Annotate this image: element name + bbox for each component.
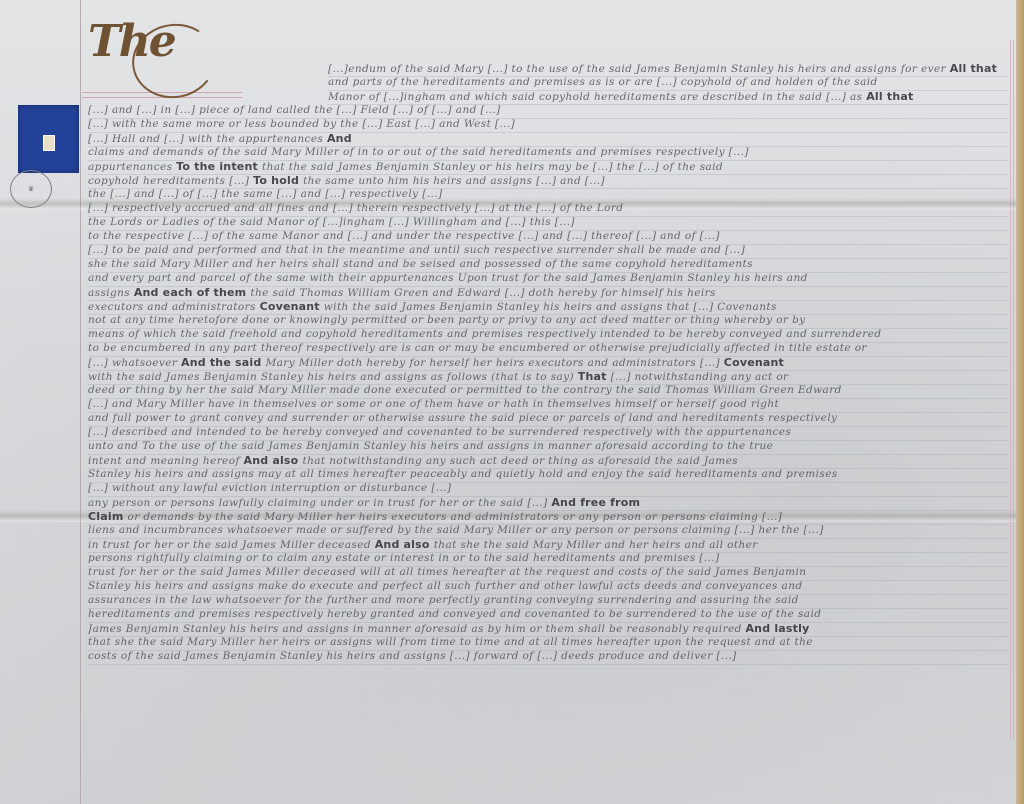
- line-text: in trust for her or the said James Mille…: [88, 539, 375, 551]
- text-line: the Lords or Ladies of the said Manor of…: [88, 216, 1008, 231]
- wax-seal-icon: [18, 105, 79, 173]
- text-line: [...] respectively accrued and all fines…: [88, 202, 1008, 217]
- initial-word: The: [88, 16, 175, 67]
- line-text: not at any time heretofore done or knowi…: [88, 314, 806, 326]
- text-line: the [...] and [...] of [...] the same [.…: [88, 188, 1008, 203]
- line-text: intent and meaning hereof: [88, 455, 243, 467]
- text-line: James Benjamin Stanley his heirs and ass…: [88, 622, 1008, 637]
- line-text: assurances in the law whatsoever for the…: [88, 594, 799, 606]
- text-line: copyhold hereditaments [...] To hold the…: [88, 174, 1008, 189]
- line-text: that she the said Mary Miller and her he…: [434, 539, 758, 551]
- engrossed-heading: And the said: [181, 356, 265, 369]
- text-line: intent and meaning hereof And also that …: [88, 454, 1008, 469]
- text-line: [...] to be paid and performed and that …: [88, 244, 1008, 259]
- text-line: [...]endum of the said Mary [...] to the…: [328, 62, 1008, 77]
- line-text: and full power to grant convey and surre…: [88, 412, 837, 424]
- engrossed-heading: To the intent: [176, 160, 262, 173]
- engrossed-heading: All that: [950, 62, 997, 75]
- engrossed-heading: And also: [243, 454, 302, 467]
- engrossed-heading: And also: [375, 538, 434, 551]
- line-text: [...] described and intended to be hereb…: [88, 426, 791, 438]
- engrossed-heading: Covenant: [260, 300, 324, 313]
- text-line: means of which the said freehold and cop…: [88, 328, 1008, 343]
- text-line: Stanley his heirs and assigns may at all…: [88, 468, 1008, 483]
- line-text: liens and incumbrances whatsoever made o…: [88, 524, 824, 536]
- text-line: [...] without any lawful eviction interr…: [88, 482, 1008, 497]
- text-line: not at any time heretofore done or knowi…: [88, 314, 1008, 329]
- line-text: Stanley his heirs and assigns make do ex…: [88, 580, 803, 592]
- document-page: The ♛ [...]endum of the said Mary [...] …: [0, 0, 1024, 804]
- frame-edge: [1016, 0, 1024, 804]
- engrossed-heading: And: [327, 132, 352, 145]
- engrossed-heading: And each of them: [134, 286, 251, 299]
- engrossed-heading: All that: [866, 90, 913, 103]
- line-text: she the said Mary Miller and her heirs s…: [88, 258, 753, 270]
- line-text: [...] Hall and [...] with the appurtenan…: [88, 133, 327, 145]
- engrossed-heading: To hold: [253, 174, 303, 187]
- text-line: costs of the said James Benjamin Stanley…: [88, 650, 1008, 665]
- line-text: that she the said Mary Miller her heirs …: [88, 636, 813, 648]
- text-line: Manor of [...]ingham and which said copy…: [328, 90, 1008, 105]
- line-text: [...] respectively accrued and all fines…: [88, 202, 623, 214]
- line-text: [...] whatsoever: [88, 357, 181, 369]
- line-text: [...] with the same more or less bounded…: [88, 118, 515, 130]
- line-text: and every part and parcel of the same wi…: [88, 272, 808, 284]
- line-text: Manor of [...]ingham and which said copy…: [328, 91, 866, 103]
- engrossed-heading: Covenant: [724, 356, 784, 369]
- text-line: and every part and parcel of the same wi…: [88, 272, 1008, 287]
- line-text: with the said James Benjamin Stanley his…: [88, 371, 578, 383]
- line-text: means of which the said freehold and cop…: [88, 328, 881, 340]
- text-line: assurances in the law whatsoever for the…: [88, 594, 1008, 609]
- line-text: appurtenances: [88, 161, 176, 173]
- line-text: [...] to be paid and performed and that …: [88, 244, 745, 256]
- line-text: any person or persons lawfully claiming …: [88, 497, 551, 509]
- line-text: trust for her or the said James Miller d…: [88, 566, 806, 578]
- line-text: copyhold hereditaments [...]: [88, 175, 253, 187]
- text-line: to be encumbered in any part thereof res…: [88, 342, 1008, 357]
- text-line: Claim or demands by the said Mary Miller…: [88, 510, 1008, 525]
- text-line: [...] and [...] in [...] piece of land c…: [88, 104, 1008, 119]
- line-text: costs of the said James Benjamin Stanley…: [88, 650, 737, 662]
- duty-stamp-icon: ♛: [10, 170, 52, 208]
- line-text: the Lords or Ladies of the said Manor of…: [88, 216, 575, 228]
- text-line: [...] Hall and [...] with the appurtenan…: [88, 132, 1008, 147]
- text-line: she the said Mary Miller and her heirs s…: [88, 258, 1008, 273]
- line-text: hereditaments and premises respectively …: [88, 608, 821, 620]
- text-line: in trust for her or the said James Mille…: [88, 538, 1008, 553]
- engrossed-heading: And lastly: [745, 622, 809, 635]
- line-text: [...] notwithstanding any act or: [611, 371, 789, 383]
- line-text: with the said James Benjamin Stanley his…: [324, 301, 777, 313]
- line-text: that the said James Benjamin Stanley or …: [262, 161, 723, 173]
- line-text: assigns: [88, 287, 134, 299]
- text-line: unto and To the use of the said James Be…: [88, 440, 1008, 455]
- text-line: trust for her or the said James Miller d…: [88, 566, 1008, 581]
- text-line: Stanley his heirs and assigns make do ex…: [88, 580, 1008, 595]
- text-line: with the said James Benjamin Stanley his…: [88, 370, 1008, 385]
- engrossed-heading: And free from: [551, 496, 640, 509]
- text-line: claims and demands of the said Mary Mill…: [88, 146, 1008, 161]
- line-text: [...] without any lawful eviction interr…: [88, 482, 452, 494]
- line-text: Stanley his heirs and assigns may at all…: [88, 468, 838, 480]
- text-line: executors and administrators Covenant wi…: [88, 300, 1008, 315]
- text-line: [...] and Mary Miller have in themselves…: [88, 398, 1008, 413]
- line-text: unto and To the use of the said James Be…: [88, 440, 773, 452]
- text-line: liens and incumbrances whatsoever made o…: [88, 524, 1008, 539]
- text-line: [...] with the same more or less bounded…: [88, 118, 1008, 133]
- text-line: any person or persons lawfully claiming …: [88, 496, 1008, 511]
- text-line: to the respective [...] of the same Mano…: [88, 230, 1008, 245]
- right-margin-rule: [1010, 40, 1014, 740]
- line-text: executors and administrators: [88, 301, 260, 313]
- text-line: [...] whatsoever And the said Mary Mille…: [88, 356, 1008, 371]
- line-text: [...] and Mary Miller have in themselves…: [88, 398, 779, 410]
- text-line: and full power to grant convey and surre…: [88, 412, 1008, 427]
- line-text: and parts of the hereditaments and premi…: [328, 76, 878, 88]
- line-text: deed or thing by her the said Mary Mille…: [88, 384, 842, 396]
- text-line: persons rightfully claiming or to claim …: [88, 552, 1008, 567]
- line-text: the said Thomas William Green and Edward…: [250, 287, 715, 299]
- line-text: claims and demands of the said Mary Mill…: [88, 146, 749, 158]
- text-line: deed or thing by her the said Mary Mille…: [88, 384, 1008, 399]
- line-text: James Benjamin Stanley his heirs and ass…: [88, 623, 745, 635]
- line-text: to be encumbered in any part thereof res…: [88, 342, 867, 354]
- seal-center: [43, 135, 55, 151]
- text-line: [...] described and intended to be hereb…: [88, 426, 1008, 441]
- line-text: Mary Miller doth hereby for herself her …: [265, 357, 723, 369]
- line-text: [...]endum of the said Mary [...] to the…: [328, 63, 950, 75]
- engrossed-heading: Claim: [88, 510, 128, 523]
- line-text: or demands by the said Mary Miller her h…: [128, 511, 783, 523]
- line-text: [...] and [...] in [...] piece of land c…: [88, 104, 501, 116]
- text-line: assigns And each of them the said Thomas…: [88, 286, 1008, 301]
- text-line: that she the said Mary Miller her heirs …: [88, 636, 1008, 651]
- line-text: to the respective [...] of the same Mano…: [88, 230, 720, 242]
- line-text: the same unto him his heirs and assigns …: [303, 175, 605, 187]
- text-line: appurtenances To the intent that the sai…: [88, 160, 1008, 175]
- text-line: and parts of the hereditaments and premi…: [328, 76, 1008, 91]
- text-line: hereditaments and premises respectively …: [88, 608, 1008, 623]
- engrossed-heading: That: [578, 370, 611, 383]
- line-text: that notwithstanding any such act deed o…: [302, 455, 738, 467]
- line-text: the [...] and [...] of [...] the same [.…: [88, 188, 442, 200]
- line-text: persons rightfully claiming or to claim …: [88, 552, 719, 564]
- left-margin-rule: [80, 0, 81, 804]
